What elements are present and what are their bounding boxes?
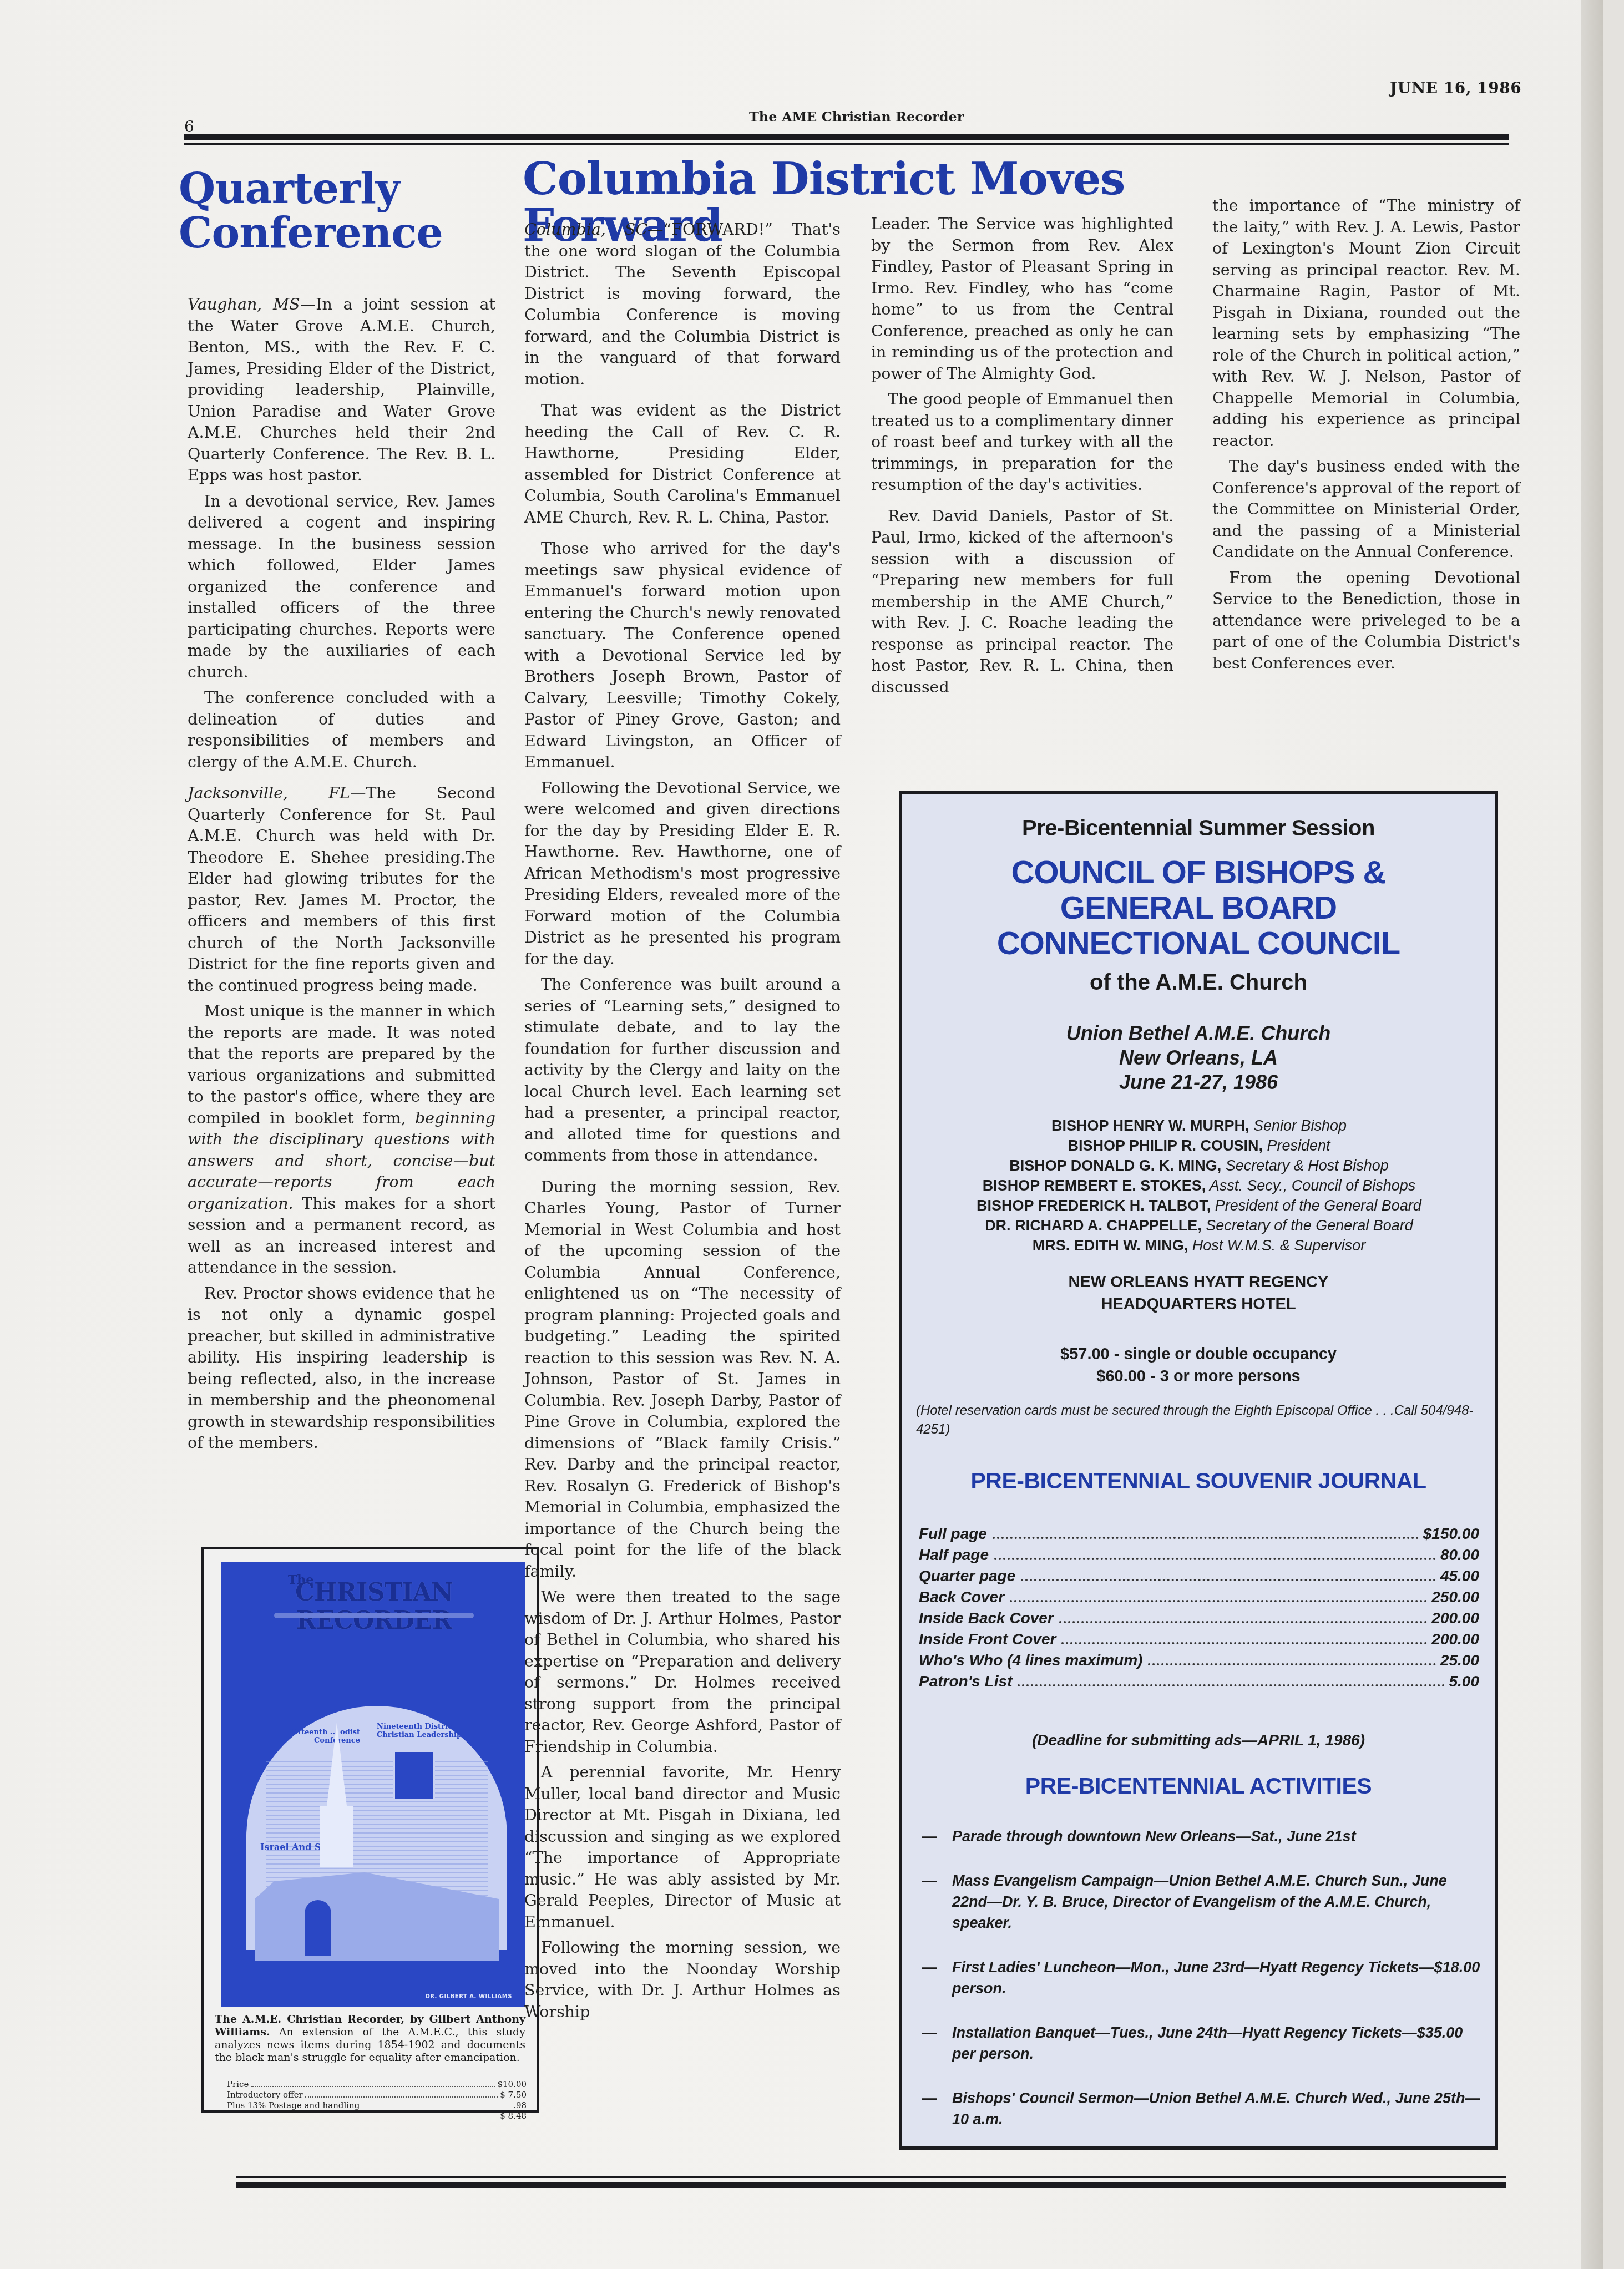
rate-row: Full page$150.00	[919, 1523, 1479, 1544]
officer-row: MRS. EDITH W. MING, Host W.M.S. & Superv…	[913, 1235, 1485, 1255]
dateline: Columbia, SC	[524, 220, 647, 239]
newspaper-page: Bishop Speaks Chu On Prelude JUNE 16, 19…	[0, 0, 1603, 2269]
officer-row: BISHOP REMBERT E. STOKES, Asst. Secy., C…	[913, 1176, 1485, 1196]
activities-heading: PRE-BICENTENNIAL ACTIVITIES	[902, 1773, 1495, 1799]
paragraph: We were then treated to the sage wisdom …	[524, 1587, 841, 1758]
paragraph: Following the morning session, we moved …	[524, 1937, 841, 2023]
officer-row: BISHOP DONALD G. K. MING, Secretary & Ho…	[913, 1156, 1485, 1176]
book-cover-image: The CHRISTIAN RECORDER Fifteenth ... odi…	[221, 1562, 525, 2007]
hotel-info: NEW ORLEANS HYATT REGENCY HEADQUARTERS H…	[902, 1271, 1495, 1315]
dash-bullet-icon: —	[922, 2088, 952, 2130]
dateline: Jacksonville, FL	[188, 784, 350, 802]
portrait-photo	[393, 1750, 435, 1800]
book-description: The A.M.E. Christian Recorder, by Gilber…	[215, 2013, 525, 2064]
article-columbia-col-2: Leader. The Service was highlighted by t…	[871, 214, 1173, 702]
rate-row: Inside Front Cover200.00	[919, 1629, 1479, 1650]
officer-row: BISHOP HENRY W. MURPH, Senior Bishop	[913, 1116, 1485, 1136]
dash-bullet-icon: —	[922, 2022, 952, 2064]
paragraph: Columbia, SC—“FORWARD!” That's the one w…	[524, 219, 841, 390]
book-advertisement: The CHRISTIAN RECORDER Fifteenth ... odi…	[201, 1547, 539, 2113]
paragraph: Those who arrived for the day's meetings…	[524, 538, 841, 773]
rate-row: Half page80.00	[919, 1544, 1479, 1566]
cover-author: DR. GILBERT A. WILLIAMS	[425, 1994, 512, 2000]
rate-row: Quarter page45.00	[919, 1566, 1479, 1587]
header-rule	[184, 134, 1509, 140]
steeple-illustration	[327, 1723, 347, 1806]
page-number: 6	[184, 118, 194, 136]
cover-title: CHRISTIAN RECORDER	[238, 1578, 510, 1635]
publication-name: The AME Christian Recorder	[749, 109, 964, 125]
ad-venue: Union Bethel A.M.E. Church New Orleans, …	[902, 1021, 1495, 1095]
paragraph: Vaughan, MS—In a joint session at the Wa…	[188, 294, 495, 487]
article-columbia-col-1: Columbia, SC—“FORWARD!” That's the one w…	[524, 219, 841, 2027]
rate-row: Patron's List5.00	[919, 1671, 1479, 1692]
price-total: $ 8.48	[227, 2111, 527, 2121]
footer-rule-thin	[236, 2176, 1506, 2178]
page-edge	[1581, 0, 1603, 2269]
ad-kicker: Pre-Bicentennial Summer Session	[902, 816, 1495, 841]
paragraph: From the opening Devotional Service to t…	[1212, 568, 1520, 675]
footer-rule	[236, 2182, 1506, 2188]
officer-list: BISHOP HENRY W. MURPH, Senior Bishop BIS…	[913, 1116, 1485, 1255]
activity-item: —Parade through downtown New Orleans—Sat…	[922, 1826, 1482, 1847]
paragraph: The good people of Emmanuel then treated…	[871, 389, 1173, 496]
paragraph: That was evident as the District heeding…	[524, 400, 841, 528]
paragraph: Jacksonville, FL—The Second Quarterly Co…	[188, 783, 495, 996]
price-row: Introductory offer$ 7.50	[227, 2090, 527, 2100]
headline-quarterly-conference: Quarterly Conference	[179, 166, 489, 255]
hotel-rates: $57.00 - single or double occupancy $60.…	[902, 1343, 1495, 1387]
article-quarterly-conference: Vaughan, MS—In a joint session at the Wa…	[188, 294, 495, 1458]
issue-date: JUNE 16, 1986	[1390, 79, 1521, 97]
paragraph: Rev. David Daniels, Pastor of St. Paul, …	[871, 506, 1173, 698]
rate-row: Back Cover250.00	[919, 1587, 1479, 1608]
journal-heading: PRE-BICENTENNIAL SOUVENIR JOURNAL	[902, 1468, 1495, 1494]
price-row: Price$10.00	[227, 2079, 527, 2090]
rate-row: Inside Back Cover200.00	[919, 1608, 1479, 1629]
paragraph: During the morning session, Rev. Charles…	[524, 1177, 841, 1583]
journal-rate-list: Full page$150.00 Half page80.00 Quarter …	[919, 1523, 1479, 1692]
activities-list: —Parade through downtown New Orleans—Sat…	[922, 1826, 1482, 2153]
ad-title: COUNCIL OF BISHOPS & GENERAL BOARD CONNE…	[902, 855, 1495, 961]
activity-item: —Bishops' Council Sermon—Union Bethel A.…	[922, 2088, 1482, 2130]
paragraph: The Conference was built around a series…	[524, 974, 841, 1167]
activity-item: —Mass Evangelism Campaign—Union Bethel A…	[922, 1870, 1482, 1933]
ad-deadline: (Deadline for submitting ads—APRIL 1, 19…	[902, 1731, 1495, 1749]
paragraph: Most unique is the manner in which the r…	[188, 1001, 495, 1279]
book-price-list: Price$10.00 Introductory offer$ 7.50 Plu…	[227, 2079, 527, 2121]
paragraph: Following the Devotional Service, we wer…	[524, 778, 841, 970]
dash-bullet-icon: —	[922, 1826, 952, 1847]
paragraph: the importance of “The ministry of the l…	[1212, 195, 1520, 452]
dash-bullet-icon: —	[922, 1957, 952, 1999]
paragraph: The conference concluded with a delineat…	[188, 687, 495, 773]
header-rule-thin	[184, 143, 1509, 145]
paragraph: Rev. Proctor shows evidence that he is n…	[188, 1283, 495, 1454]
reservation-note: (Hotel reservation cards must be secured…	[916, 1401, 1482, 1439]
dash-bullet-icon: —	[922, 1870, 952, 1933]
activity-item: —Installation Banquet—Tues., June 24th—H…	[922, 2022, 1482, 2064]
conference-advertisement: Pre-Bicentennial Summer Session COUNCIL …	[899, 791, 1498, 2150]
officer-row: DR. RICHARD A. CHAPPELLE, Secretary of t…	[913, 1215, 1485, 1235]
officer-row: BISHOP PHILIP R. COUSIN, President	[913, 1136, 1485, 1156]
article-columbia-col-3: the importance of “The ministry of the l…	[1212, 195, 1520, 678]
officer-row: BISHOP FREDERICK H. TALBOT, President of…	[913, 1196, 1485, 1215]
paragraph: The day's business ended with the Confer…	[1212, 456, 1520, 563]
price-row: Plus 13% Postage and handling.98	[227, 2100, 527, 2111]
paragraph: Leader. The Service was highlighted by t…	[871, 214, 1173, 384]
dateline: Vaughan, MS	[188, 295, 300, 313]
cover-banner	[274, 1613, 474, 1618]
ad-subtitle: of the A.M.E. Church	[902, 970, 1495, 995]
paragraph: A perennial favorite, Mr. Henry Muller, …	[524, 1762, 841, 1933]
rate-row: Who's Who (4 lines maximum)25.00	[919, 1650, 1479, 1671]
activity-item: —First Ladies' Luncheon—Mon., June 23rd—…	[922, 1957, 1482, 1999]
paragraph: In a devotional service, Rev. James deli…	[188, 491, 495, 683]
